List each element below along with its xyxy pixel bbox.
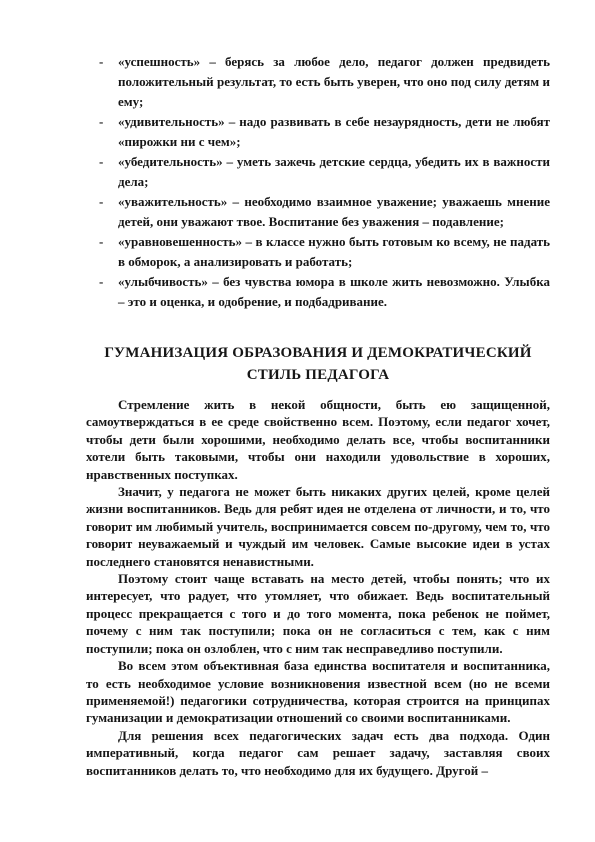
list-item-text: «уравновешенность» – в классе нужно быть…: [118, 234, 550, 269]
list-item: - «улыбчивость» – без чувства юмора в шк…: [118, 272, 550, 312]
qualities-bullet-list: - «успешность» – берясь за любое дело, п…: [86, 52, 550, 312]
section-heading: ГУМАНИЗАЦИЯ ОБРАЗОВАНИЯ И ДЕМОКРАТИЧЕСКИ…: [86, 342, 550, 386]
list-item: - «удивительность» – надо развивать в се…: [118, 112, 550, 152]
bullet-dash: -: [99, 52, 103, 72]
bullet-dash: -: [99, 192, 103, 212]
paragraph: Для решения всех педагогических задач ес…: [86, 727, 550, 779]
page-content: - «успешность» – берясь за любое дело, п…: [86, 52, 550, 779]
list-item: - «уравновешенность» – в классе нужно бы…: [118, 232, 550, 272]
list-item: - «успешность» – берясь за любое дело, п…: [118, 52, 550, 112]
heading-line: СТИЛЬ ПЕДАГОГА: [86, 364, 550, 386]
bullet-dash: -: [99, 152, 103, 172]
heading-line: ГУМАНИЗАЦИЯ ОБРАЗОВАНИЯ И ДЕМОКРАТИЧЕСКИ…: [86, 342, 550, 364]
paragraph: Значит, у педагога не может быть никаких…: [86, 483, 550, 570]
bullet-dash: -: [99, 272, 103, 292]
bullet-dash: -: [99, 232, 103, 252]
list-item-text: «удивительность» – надо развивать в себе…: [118, 114, 550, 149]
list-item: - «убедительность» – уметь зажечь детски…: [118, 152, 550, 192]
list-item-text: «улыбчивость» – без чувства юмора в школ…: [118, 274, 550, 309]
paragraph: Поэтому стоит чаще вставать на место дет…: [86, 570, 550, 657]
bullet-dash: -: [99, 112, 103, 132]
paragraph: Во всем этом объективная база единства в…: [86, 657, 550, 727]
body-paragraphs: Стремление жить в некой общности, быть е…: [86, 396, 550, 779]
paragraph: Стремление жить в некой общности, быть е…: [86, 396, 550, 483]
list-item: - «уважительность» – необходимо взаимное…: [118, 192, 550, 232]
list-item-text: «уважительность» – необходимо взаимное у…: [118, 194, 550, 229]
list-item-text: «убедительность» – уметь зажечь детские …: [118, 154, 550, 189]
document-page: - «успешность» – берясь за любое дело, п…: [0, 0, 595, 842]
list-item-text: «успешность» – берясь за любое дело, пед…: [118, 54, 550, 109]
